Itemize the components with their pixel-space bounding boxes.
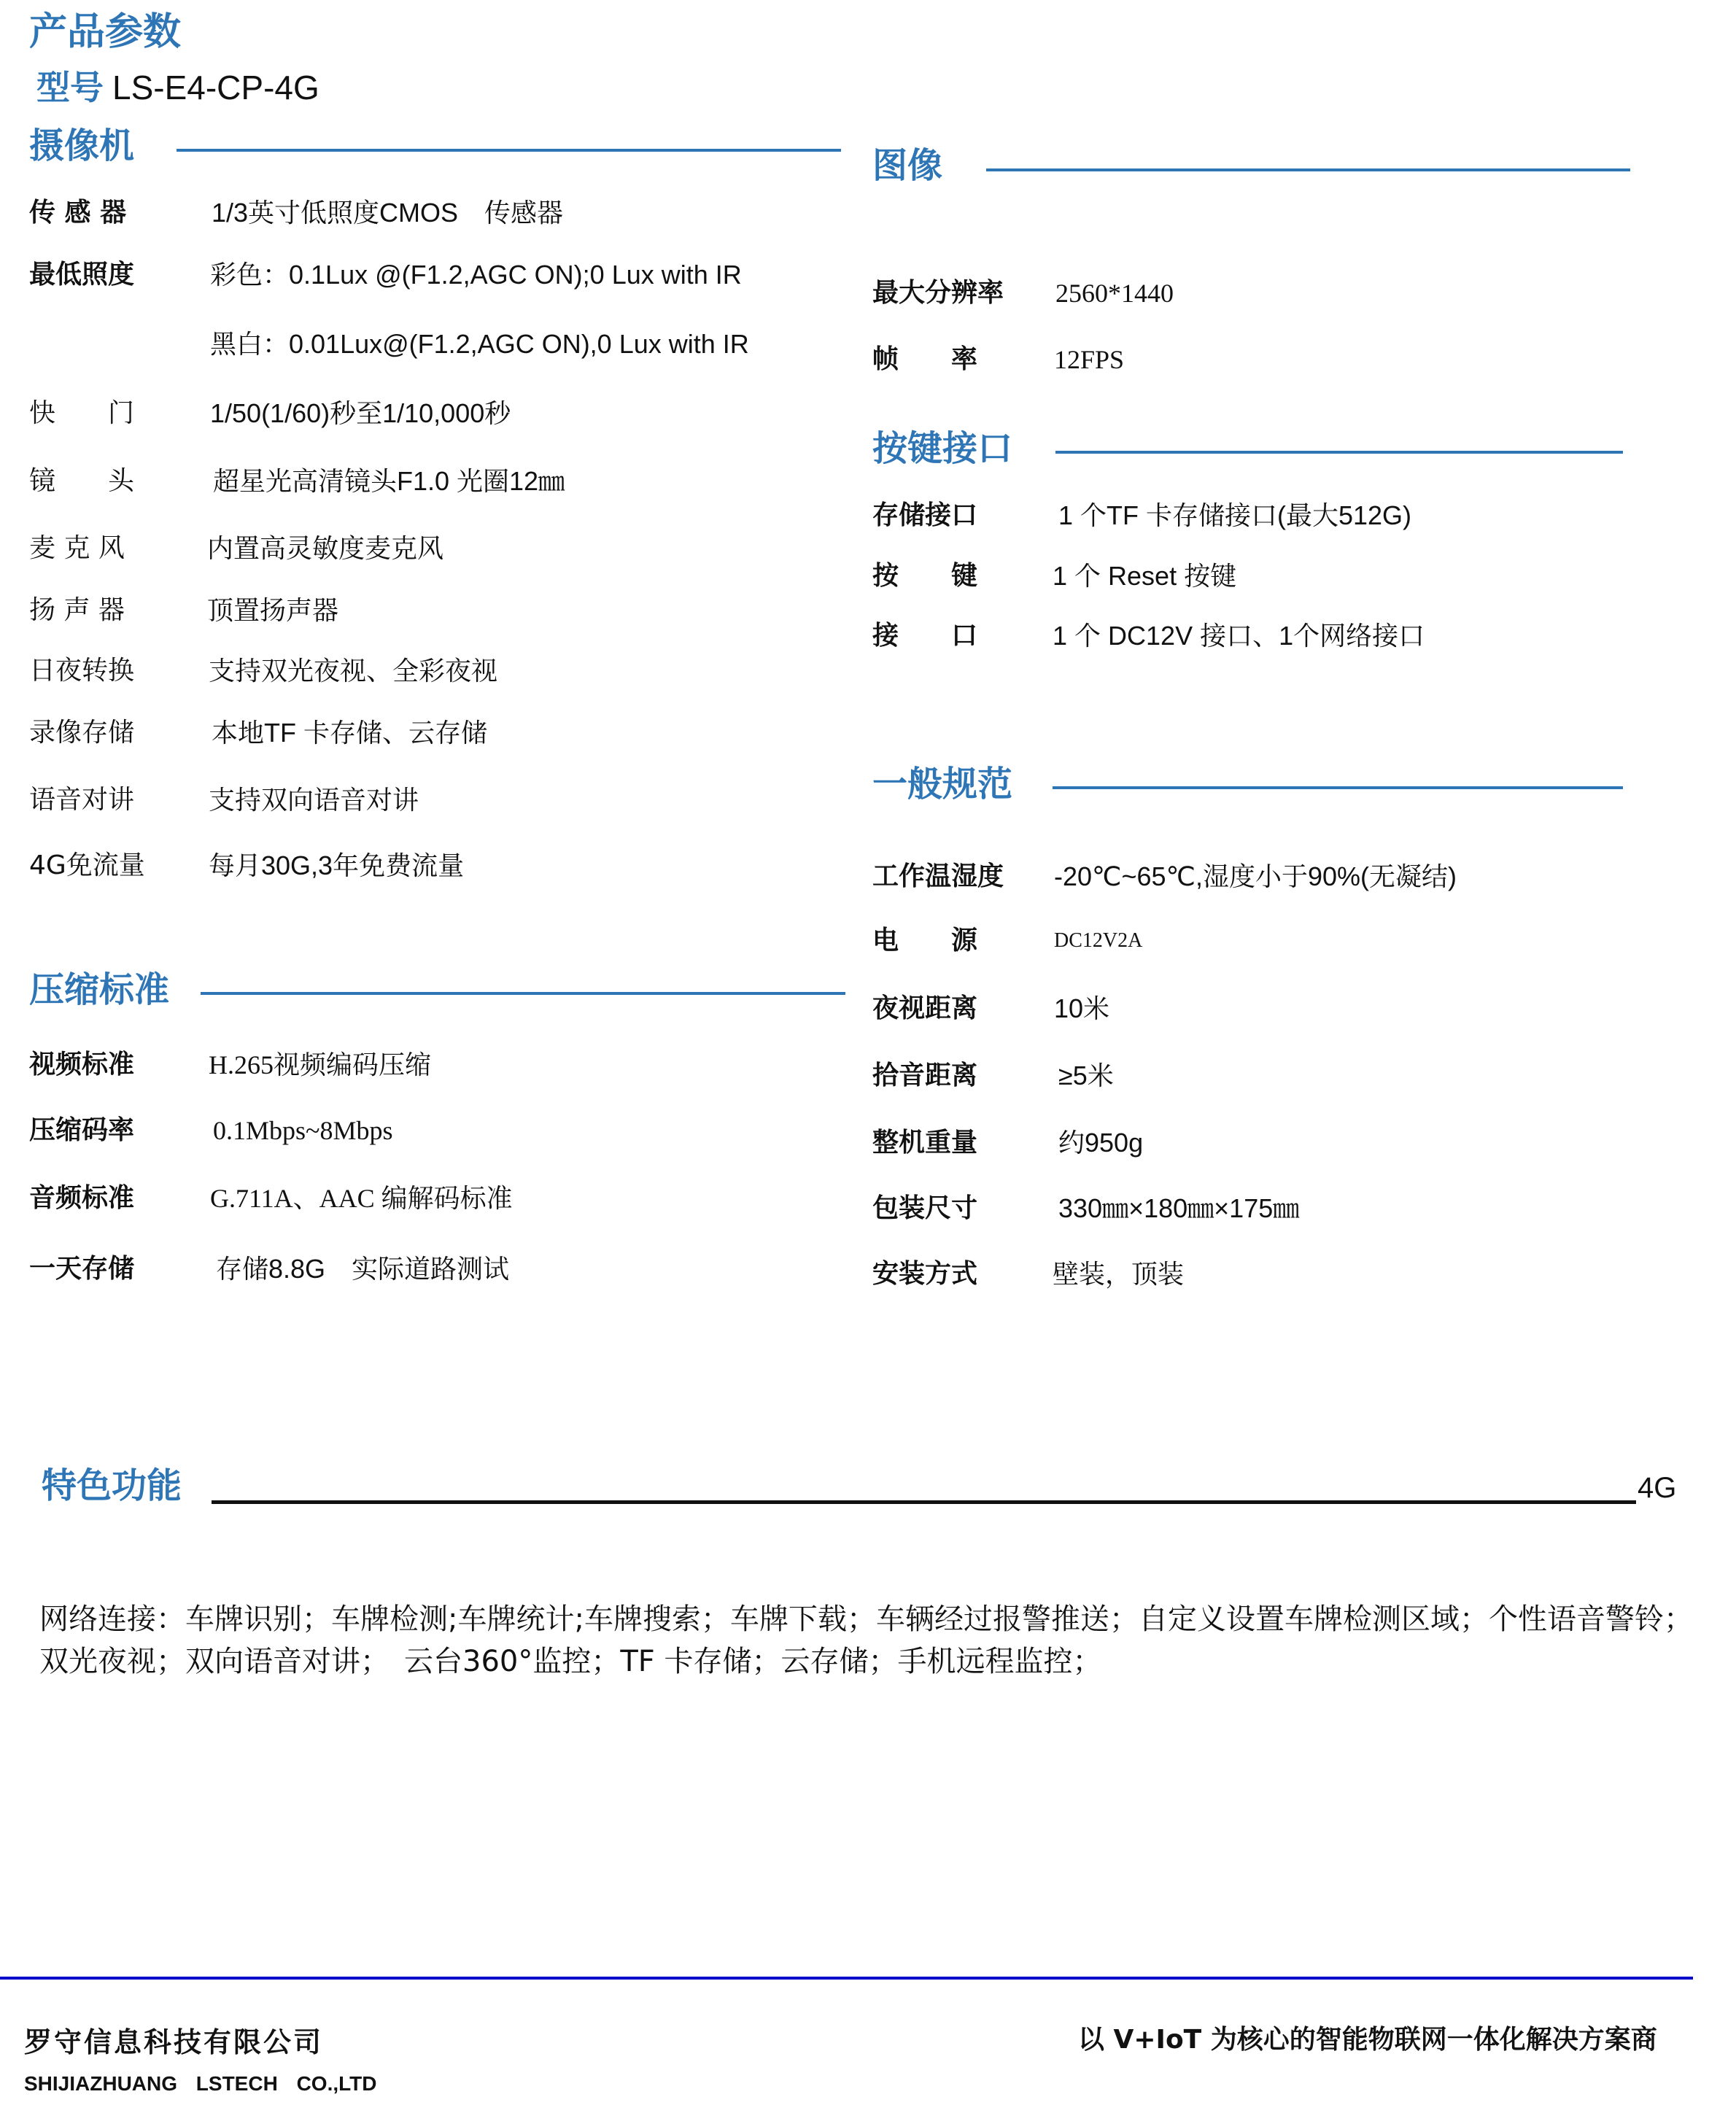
spec-label: 扬 声 器 — [29, 597, 125, 624]
spec-label: 语音对讲 — [29, 787, 134, 813]
section-heading-general: 一般规范 — [872, 767, 1012, 802]
section-divider — [201, 992, 845, 995]
spec-label: 夜视距离 — [872, 996, 977, 1022]
spec-label: 压缩码率 — [29, 1117, 134, 1144]
spec-value: 每月30G,3年免费流量 — [209, 853, 464, 879]
spec-label: 4G免流量 — [29, 853, 145, 879]
features-divider — [212, 1500, 1636, 1504]
spec-value: 黑白：0.01Lux@(F1.2,AGC ON),0 Lux with IR — [210, 331, 749, 357]
spec-label: 按 键 — [872, 563, 977, 589]
spec-label: 麦 克 风 — [29, 535, 125, 562]
spec-value: 彩色：0.1Lux @(F1.2,AGC ON);0 Lux with IR — [210, 262, 742, 288]
footer-divider — [0, 1977, 1693, 1980]
spec-label: 快 门 — [29, 400, 134, 427]
spec-value: DC12V2A — [1054, 931, 1142, 951]
spec-label: 最大分辨率 — [872, 280, 1004, 306]
section-divider — [986, 168, 1630, 171]
spec-value: 1 个TF 卡存储接口(最大512G) — [1058, 503, 1411, 529]
spec-value: 1/3英寸低照度CMOS 传感器 — [212, 200, 563, 226]
spec-value: 12FPS — [1054, 346, 1124, 373]
company-name-cn: 罗守信息科技有限公司 — [24, 2028, 323, 2056]
spec-label: 工作温湿度 — [872, 864, 1004, 890]
spec-label: 录像存储 — [29, 720, 134, 746]
page-title: 产品参数 — [29, 13, 181, 51]
spec-value: 2560*1440 — [1055, 280, 1174, 306]
spec-value: G.711A、AAC 编解码标准 — [210, 1185, 513, 1212]
model-value: LS-E4-CP-4G — [112, 69, 319, 106]
spec-label: 最低照度 — [29, 262, 134, 288]
company-name-en: SHIJIAZHUANG LSTECH CO.,LTD — [24, 2074, 376, 2094]
spec-value: 1 个 DC12V 接口、1个网络接口 — [1053, 623, 1425, 649]
section-divider — [1055, 451, 1623, 454]
spec-value: 壁装，顶装 — [1053, 1261, 1184, 1287]
network-tag: 4G — [1638, 1473, 1676, 1503]
spec-value: -20℃~65℃,湿度小于90%(无凝结) — [1054, 864, 1457, 890]
spec-value: 0.1Mbps~8Mbps — [213, 1117, 393, 1144]
spec-label: 视频标准 — [29, 1052, 134, 1078]
spec-value: ≥5米 — [1058, 1063, 1114, 1089]
spec-label: 存储接口 — [872, 503, 977, 529]
features-text: 网络连接：车牌识别；车牌检测;车牌统计;车牌搜索；车牌下载；车辆经过报警推送；自… — [39, 1598, 1710, 1683]
spec-label: 包装尺寸 — [872, 1195, 977, 1222]
spec-value: 支持双向语音对讲 — [209, 787, 419, 813]
spec-label: 日夜转换 — [29, 658, 134, 684]
spec-value: 顶置扬声器 — [207, 597, 338, 624]
spec-label: 电 源 — [872, 928, 977, 954]
spec-value: 本地TF 卡存储、云存储 — [212, 720, 487, 746]
section-heading-buttons-ports: 按键接口 — [872, 431, 1012, 466]
section-heading-compression: 压缩标准 — [29, 972, 169, 1007]
spec-label: 拾音距离 — [872, 1063, 977, 1089]
spec-value: 支持双光夜视、全彩夜视 — [209, 658, 497, 684]
spec-label: 音频标准 — [29, 1185, 134, 1212]
spec-value: 1 个 Reset 按键 — [1053, 563, 1236, 589]
section-heading-camera: 摄像机 — [29, 128, 134, 163]
spec-label: 一天存储 — [29, 1256, 134, 1282]
company-slogan: 以 V+IoT 为核心的智能物联网一体化解决方案商 — [1078, 2027, 1657, 2053]
spec-label: 镜 头 — [29, 468, 134, 495]
model-line: 型号LS-E4-CP-4G — [36, 71, 319, 104]
spec-value: 1/50(1/60)秒至1/10,000秒 — [210, 400, 511, 427]
spec-label: 帧 率 — [872, 346, 977, 373]
spec-value: 10米 — [1054, 996, 1109, 1022]
section-divider — [177, 149, 841, 152]
spec-value: 内置高灵敏度麦克风 — [207, 535, 443, 562]
section-divider — [1053, 786, 1623, 789]
model-label: 型号 — [36, 68, 104, 107]
spec-value: 存储8.8G 实际道路测试 — [216, 1256, 509, 1282]
spec-label: 安装方式 — [872, 1261, 977, 1287]
spec-value: 超星光高清镜头F1.0 光圈12㎜ — [213, 468, 565, 495]
spec-label: 传 感 器 — [29, 200, 126, 226]
section-heading-features: 特色功能 — [42, 1468, 182, 1503]
spec-value: 330㎜×180㎜×175㎜ — [1058, 1195, 1299, 1222]
spec-label: 接 口 — [872, 623, 977, 649]
section-heading-image: 图像 — [872, 148, 942, 183]
spec-value: 约950g — [1058, 1130, 1143, 1156]
spec-label: 整机重量 — [872, 1130, 977, 1156]
spec-value: H.265视频编码压缩 — [209, 1052, 431, 1078]
